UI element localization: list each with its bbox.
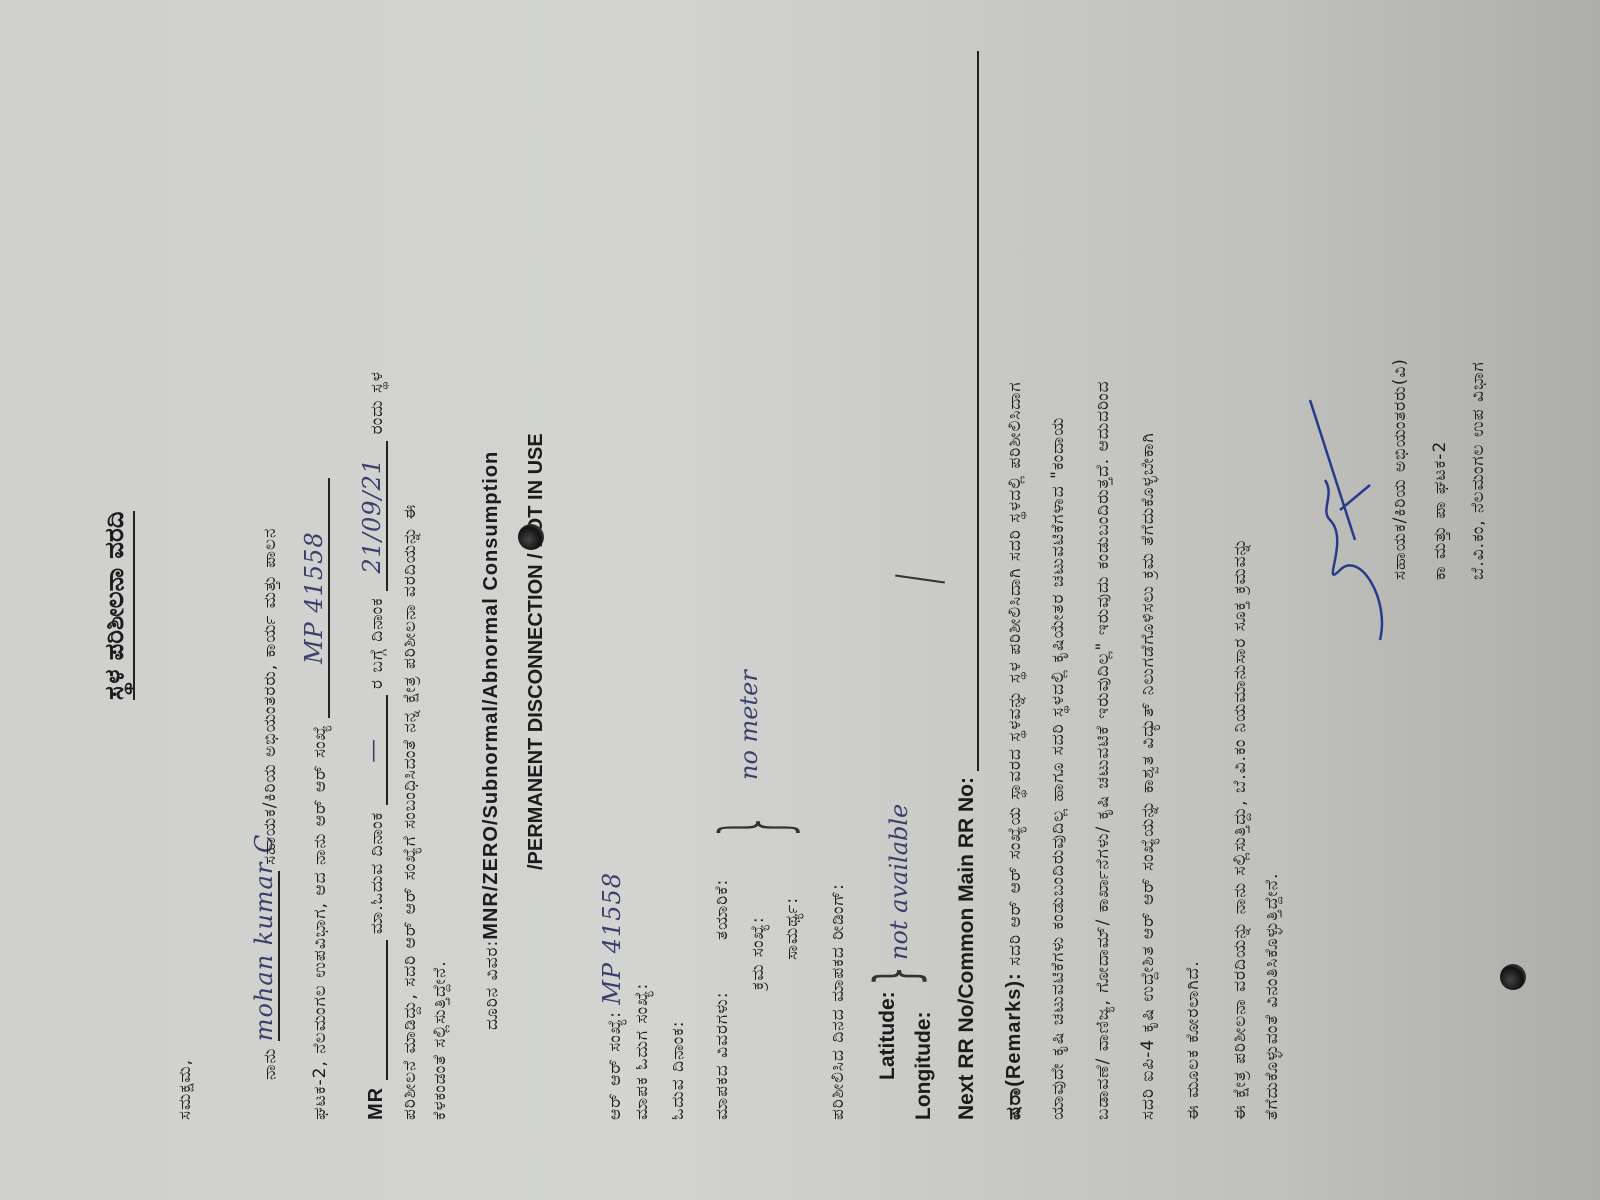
remarks-line-3: ಸದರಿ ಐಪಿ-4 ಕೃಷಿ ಉದ್ದೇಶಿತ ಆರ್ ಆರ್ ಸಂಖ್ಯೆಯ…: [1138, 432, 1158, 1120]
remarks-label: ಷರಾ(Remarks):: [1003, 972, 1025, 1120]
complaint-line: ದೂರಿನ ವಿವರ:MNR/ZERO/Subnormal/Abnormal C…: [480, 451, 503, 1030]
complaint-label: ದೂರಿನ ವಿವರ:: [482, 940, 502, 1030]
meter-details-handwritten: no meter: [735, 670, 763, 780]
closing-line-1: ಈ ಕ್ಷೇತ್ರ ಪರಿಶೀಲನಾ ವರದಿಯನ್ನು ನಾನು ಸಲ್ಲಿಸ…: [1230, 537, 1250, 1120]
remarks-line-0: ಷರಾ(Remarks): ಸದರಿ ಆರ್ ಆರ್ ಸಂಖ್ಯೆಯ ಸ್ಥಾವ…: [1003, 381, 1026, 1120]
para1-line2: ಘಟಕ-2, ನೆಲಮಂಗಲ ಉಪವಿಭಾಗ, ಆದ ನಾನು ಆರ್ ಆರ್ …: [300, 478, 330, 1120]
text: ಘಟಕ-2, ನೆಲಮಂಗಲ ಉಪವಿಭಾಗ, ಆದ ನಾನು ಆರ್ ಆರ್ …: [310, 724, 330, 1120]
page-title: ಸ್ಥಳ ಪರಿಶೀಲನಾ ವರದಿ: [100, 511, 135, 700]
reading-date-blank: —: [358, 695, 388, 805]
latitude-label: Latitude:: [876, 991, 900, 1080]
rr-no-handwritten: MP 41558: [598, 872, 626, 1005]
para1-line5: ಕೆಳಕಂಡಂತೆ ಸಲ್ಲಿಸುತ್ತಿದ್ದೇನೆ.: [430, 960, 450, 1120]
rr-number-field: MP 41558: [300, 478, 330, 718]
remarks-line-2: ಬಡಾವಣೆ/ ವಾಣಿಜ್ಯ, ಗೋದಾಮ್/ ಕಾರ್ಖಾನೆಗಳು/ ಕೃ…: [1093, 380, 1113, 1120]
longitude-label: Longitude:: [912, 1012, 936, 1120]
inspection-reading-label: ಪರಿಶೀಲಿಸಿದ ದಿನದ ಮಾಪಕದ ರೀಡಿಂಗ್:: [828, 883, 848, 1120]
signatory-unit: ಕಾ ಮತ್ತು ಪಾ ಘಟಕ-2: [1430, 441, 1450, 580]
punch-hole: [518, 524, 544, 550]
next-rr-label: Next RR No/Common Main RR No:: [955, 777, 978, 1120]
brace-icon: }: [702, 812, 807, 841]
text: ರಂದು ಸ್ಥಳ: [367, 371, 387, 434]
text: ರ ಬಗ್ಗೆ ದಿನಾಂಕ: [367, 597, 387, 689]
make-label: ತಯಾರಿಕೆ:: [712, 879, 732, 940]
salutation: ಸಮಕ್ಷಮ,: [175, 1059, 195, 1120]
signature-icon: [1300, 380, 1400, 660]
para1-line3: MR ಮಾ.ಓದುವ ದಿನಾಂಕ — ರ ಬಗ್ಗೆ ದಿನಾಂಕ 21/09…: [358, 371, 388, 1120]
rr-no-row: ಆರ್ ಆರ್ ಸಂಖ್ಯೆ: MP 41558: [598, 872, 626, 1120]
latlong-handwritten: not available: [885, 804, 913, 960]
rr-number-handwritten: MP 41558: [300, 531, 328, 664]
mr-label: MR: [365, 1087, 387, 1120]
rr-no-label: ಆರ್ ಆರ್ ಸಂಖ್ಯೆ:: [605, 1011, 625, 1120]
remarks-line-4: ಈ ಮೂಲಕ ಕೋರಲಾಗಿದೆ.: [1183, 960, 1203, 1120]
brace-icon: }: [862, 966, 932, 985]
next-rr-row: Next RR No/Common Main RR No:: [955, 51, 979, 1120]
signatory-office: ಬೆ.ವಿ.ಕಂ, ನೆಲಮಂಗಲ ಉಪ ವಿಭಾಗ: [1468, 361, 1488, 580]
text: ಸದರಿ ಆರ್ ಆರ್ ಸಂಖ್ಯೆಯ ಸ್ಥಾವರದ ಸ್ಥಳವನ್ನು ಸ…: [1005, 381, 1025, 965]
dash-handwritten: —: [358, 738, 386, 763]
complaint-types: MNR/ZERO/Subnormal/Abnormal Consumption: [480, 451, 502, 940]
inspection-date-field: 21/09/21: [358, 441, 388, 591]
dash-mark: [895, 575, 945, 584]
para1-line4: ಪರಿಶೀಲನೆ ಮಾಡಿದ್ದು, ಸದರಿ ಆರ್ ಆರ್ ಸಂಖ್ಯೆಗೆ…: [400, 504, 420, 1120]
mr-blank: [386, 940, 388, 1080]
inspection-date-handwritten: 21/09/21: [358, 458, 386, 574]
text: ಸಹಾಯಕ/ಕಿರಿಯ ಅಭಿಯಂತರರು, ಕಾರ್ಯ ಮತ್ತು ಪಾಲನ: [260, 527, 280, 864]
next-rr-blank: [977, 51, 979, 771]
meter-details-label: ಮಾಪಕದ ವಿವರಗಳು:: [712, 991, 732, 1120]
remarks-line-1: ಯಾವುದೇ ಕೃಷಿ ಚಟುವಟಿಕೆಗಳು ಕಂಡುಬಂದಿರುವುದಿಲ್…: [1048, 417, 1068, 1120]
para1-line1: ನಾನು mohan kumar C ಸಹಾಯಕ/ಕಿರಿಯ ಅಭಿಯಂತರರು…: [250, 527, 280, 1080]
officer-name-field: mohan kumar C: [250, 871, 280, 1041]
signatory-designation: ಸಹಾಯಕ/ಕಿರಿಯ ಅಭಿಯಂತರರು(ವಿ): [1390, 358, 1410, 580]
inspection-report-page: ಸ್ಥಳ ಪರಿಶೀಲನಾ ವರದಿ ಸಮಕ್ಷಮ, ನಾನು mohan ku…: [0, 0, 1600, 1200]
punch-hole: [1500, 964, 1526, 990]
text: ಮಾ.ಓದುವ ದಿನಾಂಕ: [367, 812, 387, 934]
meter-reader-label: ಮಾಪಕ ಓದುಗ ಸಂಖ್ಯೆ:: [632, 983, 652, 1120]
closing-line-2: ತೆಗೆದುಕೊಳ್ಳುವಂತೆ ವಿನಂತಿಸಿಕೊಳ್ಳುತ್ತಿದ್ದೇನ…: [1262, 873, 1282, 1120]
complaint-types-2: /PERMANENT DISCONNECTION / NOT IN USE: [525, 433, 548, 870]
text: ನಾನು: [260, 1048, 280, 1080]
capacity-label: ಸಾಮರ್ಥ್ಯ:: [782, 897, 802, 960]
reading-date-label: ಓದುವ ದಿನಾಂಕ:: [668, 1021, 688, 1120]
serial-label: ಕ್ರಮ ಸಂಖ್ಯೆ:: [748, 916, 768, 990]
